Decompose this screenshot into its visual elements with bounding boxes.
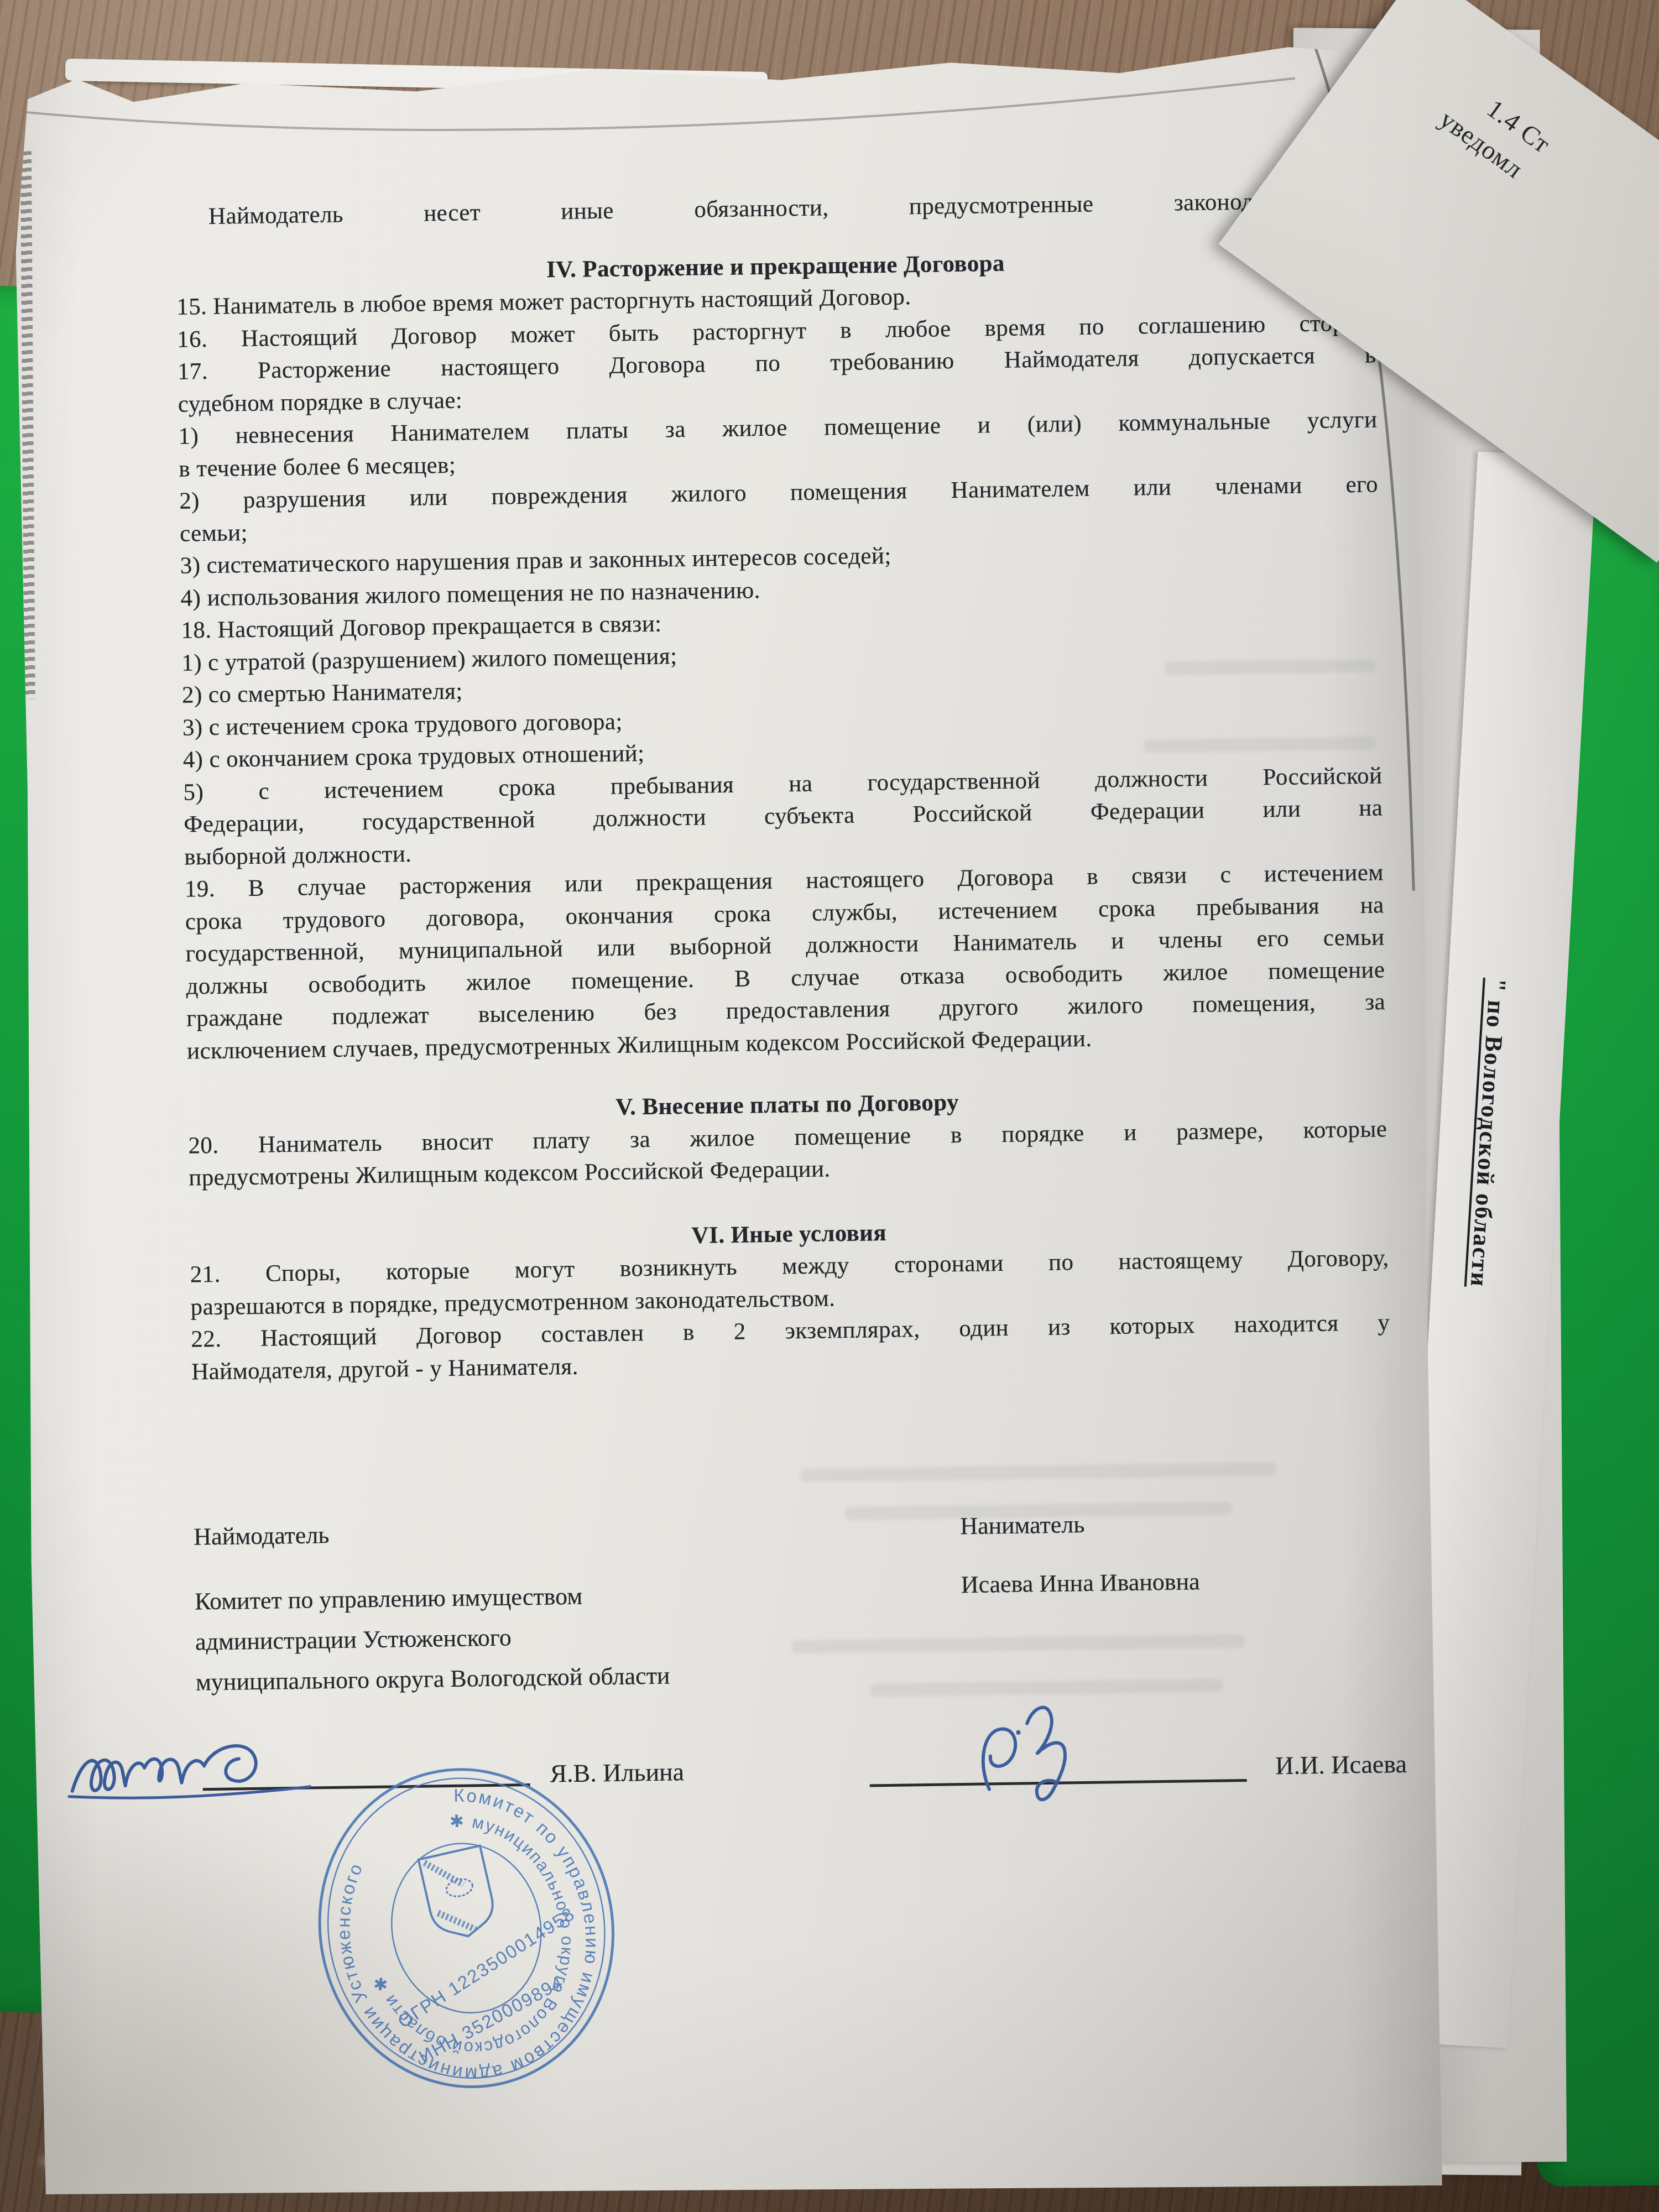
contract-page: Наймодатель несет иные обязанности, пред… bbox=[6, 39, 1445, 2205]
lessor-label: Наймодатель bbox=[194, 1521, 330, 1551]
corner-note-text: 1.4 Ст уведомл bbox=[1458, 91, 1558, 192]
tenant-label: Наниматель bbox=[960, 1510, 1085, 1540]
show-through-text bbox=[800, 1462, 1276, 1482]
tenant-handwritten-signature bbox=[963, 1694, 1119, 1829]
show-through-text bbox=[791, 1634, 1245, 1653]
stamp-emblem-shield bbox=[419, 1846, 499, 1943]
show-through-text bbox=[869, 1679, 1223, 1697]
tenant-signature-line bbox=[870, 1779, 1247, 1787]
lessor-organization: Комитет по управлению имуществом админис… bbox=[195, 1575, 670, 1703]
lessor-org-line: администрации Устюженского bbox=[195, 1615, 670, 1662]
tenant-signer-name: И.И. Исаева bbox=[1275, 1749, 1407, 1780]
lessor-org-line: Комитет по управлению имуществом bbox=[195, 1575, 669, 1622]
contract-text-block: Наймодатель несет иные обязанности, пред… bbox=[175, 184, 1391, 1388]
tenant-name: Исаева Инна Ивановна bbox=[961, 1567, 1200, 1599]
document-line: Наймодатель несет иные обязанности, пред… bbox=[175, 184, 1375, 233]
round-stamp: Комитет по управлению имуществом админис… bbox=[279, 1732, 654, 2124]
lessor-org-line: муниципального округа Вологодской област… bbox=[196, 1656, 670, 1703]
